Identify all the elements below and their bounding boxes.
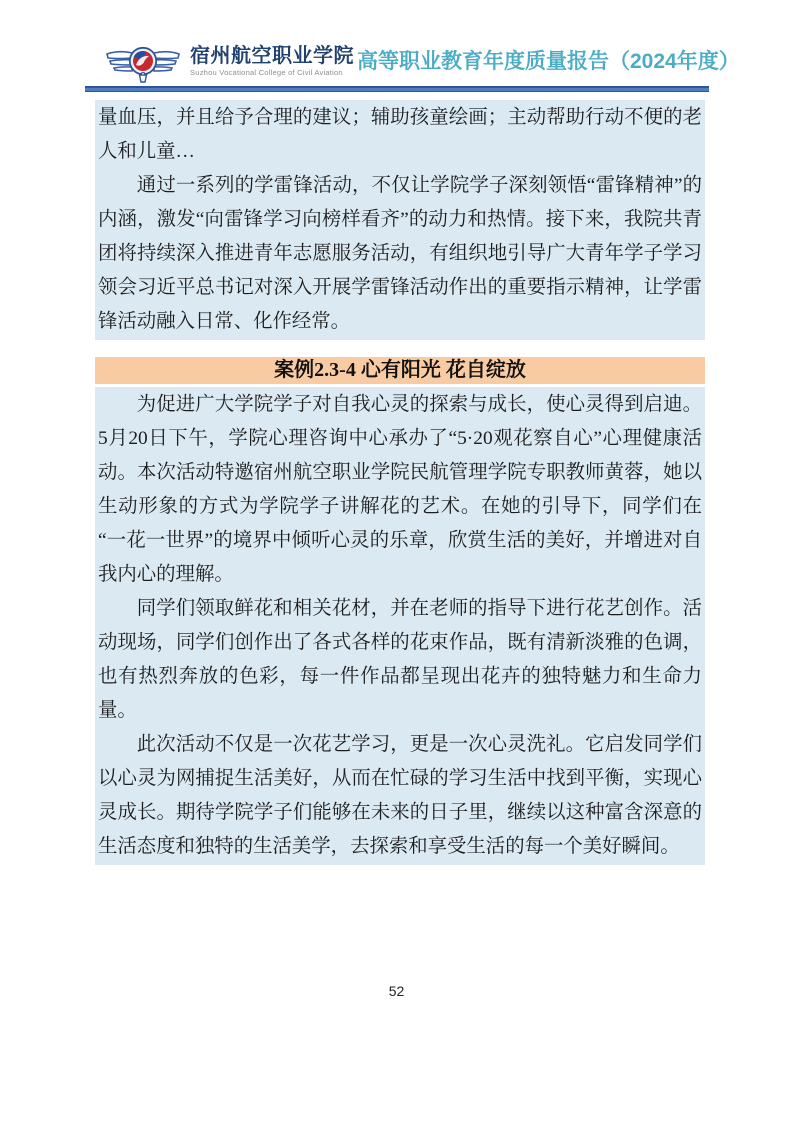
case-heading: 案例2.3-4 心有阳光 花自绽放 <box>95 357 705 384</box>
paragraph: 通过一系列的学雷锋活动，不仅让学院学子深刻领悟“雷锋精神”的内涵，激发“向雷锋学… <box>98 169 702 339</box>
paragraph: 为促进广大学院学子对自我心灵的探索与成长，使心灵得到启迪。5月20日下午，学院心… <box>98 388 702 592</box>
paragraph: 此次活动不仅是一次花艺学习，更是一次心灵洗礼。它启发同学们以心灵为网捕捉生活美好… <box>98 728 702 864</box>
report-title: 高等职业教育年度质量报告（2024年度） <box>357 49 702 75</box>
college-name-en: Suzhou Vocational College of Civil Aviat… <box>190 68 360 77</box>
report-page: 宿州航空职业学院 Suzhou Vocational College of Ci… <box>0 0 793 1122</box>
page-number: 52 <box>0 983 793 999</box>
paragraph: 同学们领取鲜花和相关花材，并在老师的指导下进行花艺创作。活动现场，同学们创作出了… <box>98 592 702 728</box>
college-logo-icon <box>105 39 181 91</box>
college-name-zh: 宿州航空职业学院 <box>190 45 360 67</box>
text-section-lei-feng: 量血压，并且给予合理的建议；辅助孩童绘画；主动帮助行动不便的老人和儿童… 通过一… <box>95 100 705 340</box>
header-divider <box>85 86 709 92</box>
college-name-block: 宿州航空职业学院 Suzhou Vocational College of Ci… <box>190 45 360 77</box>
paragraph: 量血压，并且给予合理的建议；辅助孩童绘画；主动帮助行动不便的老人和儿童… <box>98 101 702 169</box>
text-section-case: 为促进广大学院学子对自我心灵的探索与成长，使心灵得到启迪。5月20日下午，学院心… <box>95 387 705 865</box>
